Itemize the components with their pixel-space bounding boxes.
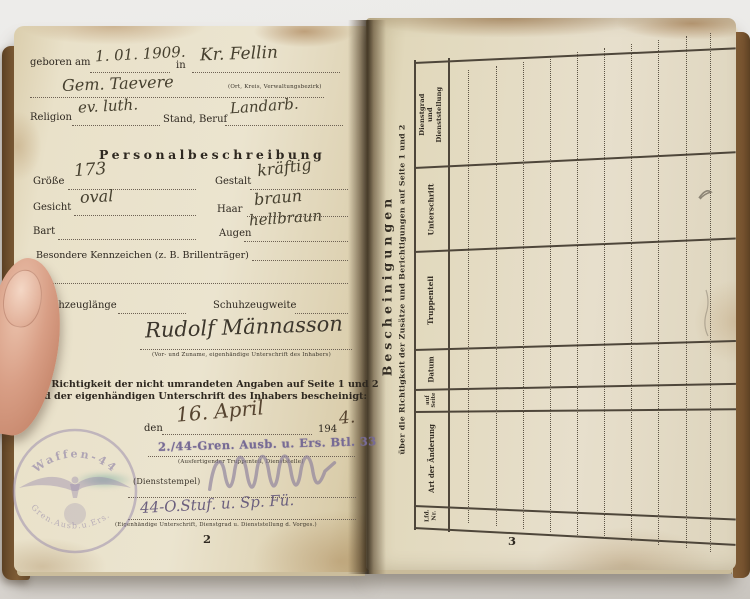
column-header-dienstgrad: Dienstgrad und Dienststellung xyxy=(413,64,449,166)
groesse-label: Größe xyxy=(33,176,64,188)
column-header-truppenteil: Truppenteil xyxy=(413,253,449,348)
dotted-line xyxy=(192,72,340,73)
bescheinigungen-heading: Bescheinigungen xyxy=(378,145,396,425)
pencil-mark xyxy=(696,186,716,204)
dotted-line xyxy=(244,241,348,242)
table-row-dotted-line xyxy=(658,40,659,545)
pencil-mark xyxy=(700,288,716,338)
dotted-line xyxy=(225,125,343,126)
born-place2-handwriting: Gem. Taevere xyxy=(62,74,174,94)
bart-label: Bart xyxy=(33,226,55,238)
column-header-unterschrift: Unterschrift xyxy=(413,169,449,250)
column-header-art-der-aenderung: Art der Änderung xyxy=(413,412,449,504)
bescheinigungen-subheading: über die Richtigkeit der Zusätze und Ber… xyxy=(395,50,409,528)
dotted-line xyxy=(128,519,356,520)
gestalt-label: Gestalt xyxy=(215,176,251,188)
dotted-line xyxy=(252,260,348,261)
den-label: den xyxy=(144,423,163,435)
table-row-dotted-line xyxy=(577,52,578,535)
dotted-line xyxy=(118,313,186,314)
officer-caption: (Eigenhändige Unterschrift, Dienstgrad u… xyxy=(115,522,317,528)
svg-text:Waffen-44: Waffen-44 xyxy=(30,447,121,475)
dotted-line xyxy=(33,283,348,284)
dotted-line xyxy=(72,125,160,126)
dotted-line xyxy=(140,349,352,350)
gesicht-label: Gesicht xyxy=(33,202,71,214)
table-row-dotted-line xyxy=(523,62,524,529)
left-page-number: 2 xyxy=(203,533,211,546)
religion-label: Religion xyxy=(30,112,72,124)
year-printed: 194 xyxy=(318,424,337,436)
dienststempel-label: (Dienststempel) xyxy=(133,477,200,486)
owner-signature-caption: (Vor- und Zuname, eigenhändige Unterschr… xyxy=(152,352,331,358)
dotted-line xyxy=(162,434,312,435)
table-row-dotted-line xyxy=(468,70,469,523)
gesicht-handwriting: oval xyxy=(80,188,114,206)
born-in-label: in xyxy=(176,60,186,72)
dotted-line xyxy=(74,215,196,216)
born-place-handwriting: Kr. Fellin xyxy=(200,45,278,65)
right-page-number: 3 xyxy=(508,535,516,548)
officer-signature-scribble xyxy=(204,441,342,508)
born-label: geboren am xyxy=(30,57,91,69)
round-service-stamp: Waffen-44 Gren.Ausb.u.Ers. xyxy=(6,422,144,560)
haar-label: Haar xyxy=(217,204,242,216)
schuhzeugweite-label: Schuhzeugweite xyxy=(213,300,296,312)
year-handwriting: 4. xyxy=(338,409,356,428)
table-row-dotted-line xyxy=(631,44,632,541)
haar-handwriting: braun xyxy=(253,188,302,208)
column-header-auf-seite: auf Seite xyxy=(413,390,449,410)
table-row-dotted-line xyxy=(686,36,687,548)
dotted-line xyxy=(58,239,196,240)
table-row-dotted-line xyxy=(496,66,497,526)
table-row-dotted-line xyxy=(550,57,551,532)
place-caption: (Ort, Kreis, Verwaltungsbezirk) xyxy=(228,84,322,90)
column-header-datum: Datum xyxy=(413,350,449,388)
table-row-dotted-line xyxy=(604,48,605,538)
stamp-arc-top: Waffen-44 xyxy=(30,447,121,475)
beruf-label: Stand, Beruf xyxy=(163,114,227,126)
column-header-lfd-nr: Lfd. Nr. xyxy=(413,506,449,526)
groesse-handwriting: 173 xyxy=(73,161,107,180)
certify-line1: Die Richtigkeit der nicht umrandeten Ang… xyxy=(30,379,379,390)
augen-label: Augen xyxy=(219,228,251,240)
religion-handwriting: ev. luth. xyxy=(78,97,139,115)
soldbuch-photo: geboren am 1. 01. 1909. in Kr. Fellin Ge… xyxy=(0,0,750,599)
thumb-nail xyxy=(0,267,46,330)
kennzeichen-label: Besondere Kennzeichen (z. B. Brillenträg… xyxy=(36,251,249,262)
stamp-eagle-icon xyxy=(19,477,131,526)
